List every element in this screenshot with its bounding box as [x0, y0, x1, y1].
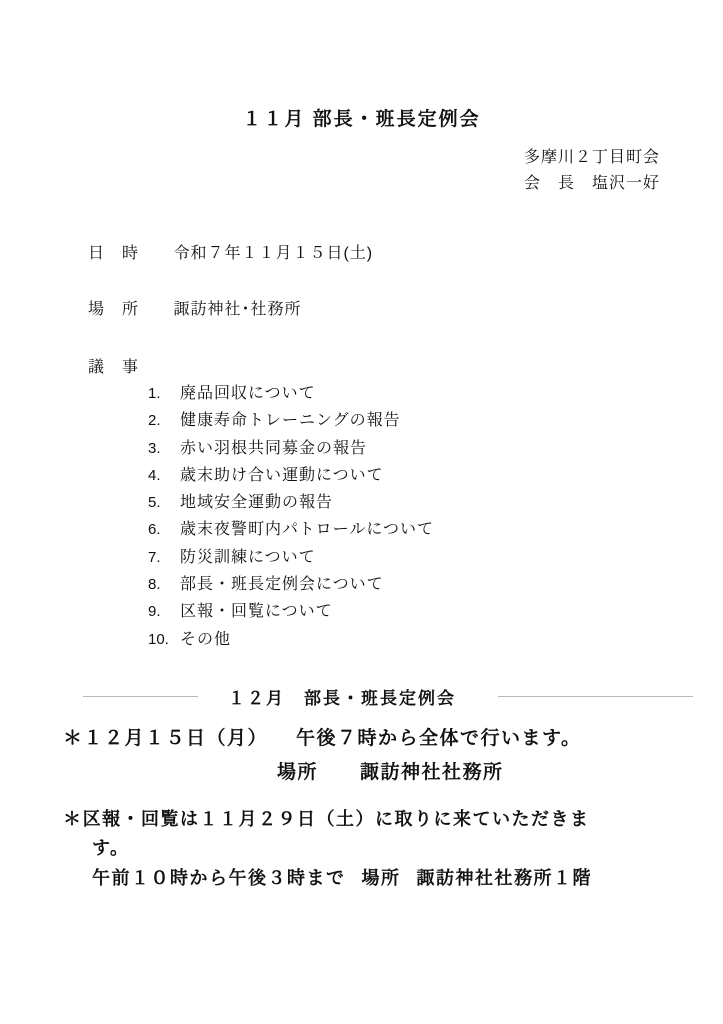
- agenda-item-number: 4.: [148, 462, 180, 489]
- datetime-label: 日 時: [88, 240, 146, 263]
- next-meeting-date: ＊１２月１５日（月）: [63, 728, 268, 749]
- pickup-notice-hours-line: 午前１０時から午後３時まで場所諏訪神社社務所１階: [63, 864, 592, 893]
- next-meeting-details: ＊１２月１５日（月）午後７時から全体で行います。 場所諏訪神社社務所: [63, 722, 582, 790]
- agenda-item: 4.歳末助け合い運動について: [148, 462, 434, 489]
- datetime-value: 令和７年１１月１５日(土): [173, 240, 373, 263]
- next-meeting-place-label: 場所: [277, 762, 318, 783]
- next-meeting-date-line: ＊１２月１５日（月）午後７時から全体で行います。: [63, 722, 582, 756]
- agenda-item-text: 部長・班長定例会について: [180, 576, 384, 593]
- meeting-notice-document: １１月 部長・班長定例会 多摩川２丁目町会 会 長 塩沢一好 日 時 令和７年１…: [0, 0, 723, 1024]
- agenda-item-number: 9.: [148, 598, 180, 625]
- pickup-notice: ＊区報・回覧は１１月２９日（土）に取りに来ていただきま す。 午前１０時から午後…: [63, 805, 592, 893]
- agenda-item: 7.防災訓練について: [148, 544, 434, 571]
- next-meeting-section-divider: １２月 部長・班長定例会: [83, 684, 693, 709]
- agenda-item: 9.区報・回覧について: [148, 598, 434, 625]
- place-label: 場 所: [88, 296, 146, 319]
- pickup-notice-line1: ＊区報・回覧は１１月２９日（土）に取りに来ていただきま: [63, 805, 592, 834]
- agenda-item-text: 健康寿命トレーニングの報告: [180, 412, 401, 429]
- agenda-item-text: 歳末夜警町内パトロールについて: [180, 521, 434, 538]
- pickup-notice-hours: 午前１０時から午後３時まで: [92, 868, 346, 888]
- issuer-chairman: 会 長 塩沢一好: [524, 171, 660, 197]
- agenda-item-number: 3.: [148, 435, 180, 462]
- agenda-item-text: 地域安全運動の報告: [180, 494, 333, 511]
- divider-line-right: [498, 696, 693, 697]
- place-row: 場 所 諏訪神社･社務所: [88, 296, 301, 319]
- pickup-notice-line2: す。: [63, 834, 592, 863]
- agenda-item: 10.その他: [148, 626, 434, 653]
- agenda-item: 2.健康寿命トレーニングの報告: [148, 407, 434, 434]
- next-meeting-place-value: 諏訪神社社務所: [360, 762, 504, 783]
- datetime-row: 日 時 令和７年１１月１５日(土): [88, 240, 373, 263]
- agenda-item-number: 6.: [148, 516, 180, 543]
- agenda-item-text: 防災訓練について: [180, 549, 316, 566]
- next-meeting-place-line: 場所諏訪神社社務所: [63, 756, 582, 790]
- issuer-block: 多摩川２丁目町会 会 長 塩沢一好: [524, 145, 660, 197]
- agenda-item-text: 廃品回収について: [180, 385, 316, 402]
- agenda-item-number: 10.: [148, 626, 180, 653]
- place-value: 諏訪神社･社務所: [173, 296, 301, 319]
- agenda-item-number: 7.: [148, 544, 180, 571]
- agenda-item: 3.赤い羽根共同募金の報告: [148, 435, 434, 462]
- divider-line-left: [83, 696, 198, 697]
- agenda-item: 8.部長・班長定例会について: [148, 571, 434, 598]
- next-meeting-heading: １２月 部長・班長定例会: [228, 684, 456, 709]
- agenda-item: 1.廃品回収について: [148, 380, 434, 407]
- agenda-item-number: 8.: [148, 571, 180, 598]
- document-title: １１月 部長・班長定例会: [0, 104, 723, 131]
- agenda-item-text: 歳末助け合い運動について: [180, 467, 384, 484]
- agenda-item-number: 5.: [148, 489, 180, 516]
- agenda-item: 6.歳末夜警町内パトロールについて: [148, 516, 434, 543]
- pickup-notice-place-label: 場所: [362, 868, 401, 888]
- agenda-label: 議 事: [88, 354, 139, 377]
- agenda-item-number: 2.: [148, 407, 180, 434]
- agenda-list: 1.廃品回収について 2.健康寿命トレーニングの報告 3.赤い羽根共同募金の報告…: [148, 380, 434, 653]
- agenda-item-text: 区報・回覧について: [180, 603, 333, 620]
- agenda-item-number: 1.: [148, 380, 180, 407]
- agenda-item-text: その他: [180, 631, 231, 648]
- agenda-item-text: 赤い羽根共同募金の報告: [180, 440, 367, 457]
- next-meeting-time-note: 午後７時から全体で行います。: [296, 728, 581, 749]
- issuer-organization: 多摩川２丁目町会: [524, 145, 660, 171]
- agenda-item: 5.地域安全運動の報告: [148, 489, 434, 516]
- pickup-notice-place-value: 諏訪神社社務所１階: [417, 868, 593, 888]
